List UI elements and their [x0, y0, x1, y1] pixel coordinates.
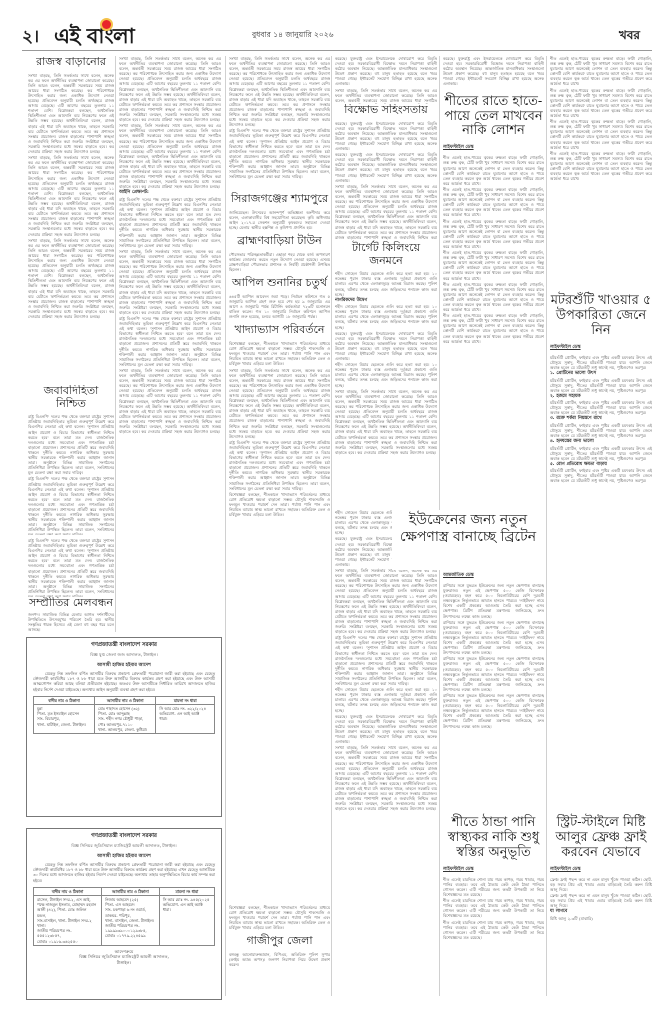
notice-court: বিজ্ঞ সিনিয়র জুডিসিয়াল ম্যাজিস্ট্রেট আ… [33, 843, 215, 850]
article-body: শীত এলেই হাত-পায়ের ত্বকের রুক্ষতা বাড়ে… [443, 155, 544, 186]
table-row: মুন্না পিতা- মৃত ইসমাইল হোসেন সাং- বিয়া… [34, 705, 215, 734]
column-header: বাদীর নাম ও ঠিকানা [34, 696, 95, 704]
column-divider [331, 56, 332, 996]
column-divider [115, 56, 116, 632]
column-6: শীত এলেই হাত-পায়ের ত্বকের রুক্ষতা বাড়ে… [550, 56, 652, 288]
article-headline: মটরশুঁটি খাওয়ার ৫ উপকারিতা জেনে নিন [550, 294, 652, 339]
article-body: শীত এলেই চারদিকে শোনা যায় গরম কাপড়, গর… [443, 877, 544, 897]
article-headline: খাদ্যাভ্যাস পরিবর্তনে [229, 324, 330, 337]
column-4-lower: শহীদ সোহেল মিয়ার ছেলেকে গুলি করে হত্যা … [335, 510, 437, 996]
column-3: সংখ্যা বাড়ছে, তিনি সতর্কতার সাথে বলেন, … [229, 56, 330, 996]
subheading: ৩. রক্তে শর্করা নিয়ন্ত্রণে রাখে [550, 416, 652, 421]
article-body: ৬৪৫টি আপিল আবেদন জমা পড়ে। নির্বাচন কমিশ… [229, 294, 330, 319]
article-body: বিশেষজ্ঞরা বলছেন, শীতকালে খাদ্যাভ্যাস পর… [229, 341, 330, 366]
article-body: রাশিয়ার সঙ্গে যুদ্ধরত ইউক্রেনের জন্য নত… [443, 583, 544, 619]
plaintiff-cell: মুন্না পিতা- মৃত ইসমাইল হোসেন সাং- বিয়া… [34, 705, 95, 734]
notice-table: বাদীর নাম ও ঠিকানা আসামীর নাম ও ঠিকানা ম… [33, 696, 215, 734]
court-notice: গণপ্রজাতন্ত্রী বাংলাদেশ সরকার বিজ্ঞ যুগ্… [26, 637, 222, 817]
article-headline: ব্রাহ্মণবাড়িয়া টাউন [229, 235, 330, 248]
article-body: ফ্রেঞ্চ ফ্রাই পছন্দ করে না এমন মানুষ খুঁ… [550, 877, 652, 892]
column-divider [546, 56, 547, 996]
cold-water-article: শীতে ঠান্ডা পানি স্বাস্থ্যকর নাকি শুধু স… [443, 812, 544, 996]
column-header: আসামীর নাম ও ঠিকানা [95, 696, 156, 704]
notice-org: গণপ্রজাতন্ত্রী বাংলাদেশ সরকার [33, 642, 215, 650]
byline: লাইফস্টাইল ডেস্ক [550, 344, 652, 351]
sun-logo-icon [102, 20, 111, 29]
article-headline: শীতের রাতে হাতে-পায়ে তেল মাখবেন নাকি লো… [443, 95, 544, 140]
article-headline: ইউক্রেনের জন্য নতুন ক্ষেপণাস্ত্র বানাচ্ছ… [392, 512, 544, 546]
plaintiff-cell: রাসেল, টাঙ্গাইল সদর-২, এস আই, পক্ষে নাজম… [34, 896, 102, 946]
column-header: মামলা নং ধারা [159, 887, 214, 895]
subheading: ২. হজমে সহায়ক [550, 394, 652, 399]
subheading: ৫. রোগ প্রতিরোধ ক্ষমতা বাড়ায় [550, 462, 652, 467]
case-cell: সি আর মোঃ নং- ৯৪৫/২০২৫ অভিযোগ- এন আই অ্য… [159, 896, 214, 946]
accountability-article: জবাবদিহিতা নিশ্চিত রাষ্ট্র বিএনপি' দলের … [28, 385, 114, 535]
column-divider [225, 56, 226, 996]
column-header: মামলা নং ধারা [156, 696, 215, 704]
accused-cell: নিজাম আহমেদ (২৫) পিতা- এস আহমেদ সাং- চকপ… [102, 896, 160, 946]
article-body: সংখ্যা বাড়ছে, তিনি সতর্কতার সাথে বলেন, … [119, 56, 221, 434]
subheading: নাগরিকদের উদ্বেগ [335, 298, 437, 303]
court-notice: গণপ্রজাতন্ত্রী বাংলাদেশ সরকার বিজ্ঞ সিনি… [26, 828, 222, 1000]
notice-court: বিজ্ঞ যুগ্ম জেলা জজ আদালত, টাঙ্গাইল। [33, 652, 215, 659]
ukraine-article: আন্তর্জাতিক ডেস্ক রাশিয়ার সঙ্গে যুদ্ধরত… [443, 570, 544, 802]
subheading: ৪. হৃদযন্ত্রের জন্য ভালো [550, 439, 652, 444]
case-cell: সি আর মোঃ নং- ৩২২/২০২৪ অভিযোগ- এন আই অ্য… [156, 705, 215, 734]
article-headline: টার্গেট কিলিংয়ে জনমনে [335, 242, 437, 267]
article-body: করেছে। যুক্তরাষ্ট্র এবং ইসরায়েলকে দোষার… [335, 121, 437, 152]
notice-subject: আসামী হাজির হইবার আদেশ [33, 661, 215, 669]
byline: লাইফস্টাইল ডেস্ক [443, 866, 544, 873]
byline: আন্তর্জাতিক ডেস্ক [443, 572, 544, 579]
article-body: রাষ্ট্র বিএনপি' দলের পক্ষ থেকে বক্তারা র… [28, 414, 114, 475]
table-row: রাসেল, টাঙ্গাইল সদর-২, এস আই, পক্ষে নাজম… [34, 896, 215, 946]
article-headline: জবাবদিহিতা নিশ্চিত [28, 385, 114, 410]
article-body: জনপদ। সামাজিক বিভিন্ন মেলায় আগত দর্শনার… [28, 612, 114, 632]
unrest-article: বিক্ষোভ সহিংসতায় করেছে। যুক্তরাষ্ট্র এব… [335, 104, 437, 240]
column-2: সংখ্যা বাড়ছে, তিনি সতর্কতার সাথে বলেন, … [119, 56, 221, 636]
notice-body: যেহেতু নিম্ন তফসিল বর্ণিত আসামীর বিরুদ্ধ… [33, 671, 215, 692]
article-headline: রাজস্ব বাড়ানোর [28, 56, 114, 69]
byline: লাইফস্টাইল ডেস্ক [550, 866, 652, 873]
article-body: বঙ্গবন্ধু আনোয়ারুজ্জামান, বিপিএম, অতিরি… [229, 952, 330, 967]
article-headline: শীতে ঠান্ডা পানি স্বাস্থ্যকর নাকি শুধু স… [443, 816, 544, 861]
notice-table: বাদীর নাম ও ঠিকানা আসামীর নাম ও ঠিকানা ম… [33, 887, 215, 946]
ingredients: মিষ্টি আলু ২-৩টি (মাঝারি) [550, 916, 652, 921]
article-body: জানিয়েছেন। উৎসবের আনন্দপূর্ণ অভিজ্ঞতা অ… [229, 210, 330, 230]
article-body: সংখ্যা বাড়ছে, তিনি সতর্কতার সাথে বলেন, … [28, 73, 114, 320]
ukraine-headline-block: ইউক্রেনের জন্য নতুন ক্ষেপণাস্ত্র বানাচ্ছ… [392, 510, 544, 570]
subheading: আইনি প্রেক্ষাপট: [119, 190, 221, 195]
fries-article: স্ট্রিট-স্টাইলে মিষ্টি আলুর ফ্রেঞ্চ ফ্রা… [550, 812, 652, 996]
gazipur-article: বিশেষজ্ঞরা বলছেন, শীতকালে খাদ্যাভ্যাস পর… [229, 905, 330, 995]
harmony-article: সম্প্রীতির মেলবন্ধন জনপদ। সামাজিক বিভিন্… [28, 597, 114, 637]
article-headline: আপিল শুনানির চতুর্থ [229, 277, 330, 290]
article-body: শহীদ সোহেল মিয়ার ছেলেকে গুলি করে হত্যা … [335, 271, 437, 296]
article-headline: গাজীপুর জেলা [229, 935, 330, 948]
column-header: বাদীর নাম ও ঠিকানা [34, 887, 102, 895]
peas-article: মটরশুঁটি খাওয়ার ৫ উপকারিতা জেনে নিন লাই… [550, 290, 652, 802]
notice-org: গণপ্রজাতন্ত্রী বাংলাদেশ সরকার [33, 833, 215, 841]
notice-subject: আসামী হাজির হইবার আদেশ [33, 852, 215, 860]
section-label: খবর [619, 27, 640, 47]
subheading: ১. প্রোটিনের ভালো উৎস [550, 371, 652, 376]
article-headline: সম্প্রীতির মেলবন্ধন [28, 597, 114, 610]
article-headline: স্ট্রিট-স্টাইলে মিষ্টি আলুর ফ্রেঞ্চ ফ্রা… [550, 816, 652, 861]
notice-body: যেহেতু নিম্ন তফসিল বর্ণিত আসামীর বিরুদ্ধ… [33, 862, 215, 883]
subheading: যা লাগবে [550, 909, 652, 914]
masthead: ২। এই বাংলা বুধবার ১৪ জানুয়ারি ২০২৬ খবর [22, 22, 652, 48]
article-body: মটরশুঁটি প্রোটিন, ফাইবার এবং পুষ্টির একট… [550, 355, 652, 370]
issue-date: বুধবার ১৪ জানুয়ারি ২০২৬ [252, 30, 333, 42]
accused-cell: মোঃ শাহাদত হোসেন (৩২) পিতা- মোঃ আব্দুল্ল… [95, 705, 156, 734]
notice-footer: আদেশক্রমে বিজ্ঞ সিনিয়র জুডিসিয়াল ম্যাজ… [33, 949, 215, 965]
article-headline: বিক্ষোভ সহিংসতায় [335, 104, 437, 117]
targeted-killing-article: টার্গেট কিলিংয়ে জনমনে শহীদ সোহেল মিয়ার… [335, 240, 437, 510]
masthead-rule [22, 50, 652, 51]
logo-text: এই বাংলা [54, 24, 134, 48]
column-header: আসামীর নাম ও ঠিকানা [102, 887, 160, 895]
article-body: পৌরসভার পরিচ্ছন্নতাকর্মীরা। এছাড়া শহর থ… [229, 252, 330, 272]
page-number: ২। [22, 24, 39, 52]
article-headline: সিরাজগঞ্জের শ্যামপুরে [229, 193, 330, 206]
byline: লাইফস্টাইল ডেস্ক [443, 144, 544, 151]
